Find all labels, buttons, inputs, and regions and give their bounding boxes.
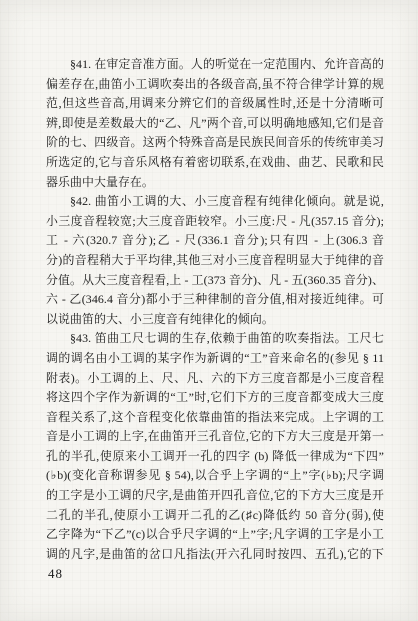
text-line: (♭b)(变化音称谓参见 § 54),以合乎上字调的“上”字(♭b);尺字调 xyxy=(46,466,384,486)
text-line: 附表)。小工调的上、尺、凡、六的下方三度音都是小三度音程关系, xyxy=(46,369,384,389)
text-line: 乙字降为“下乙”(c)以合乎尺字调的“上”字;凡字调的工字是小工 xyxy=(46,525,384,545)
text-line: 二孔的半孔,使原小工调开二孔的乙(♯c)降低约 50 音分(弱),使 xyxy=(46,506,384,526)
text-line: 工 - 六(320.7 音分);乙 - 尺(336.1 音分);只有四 - 上(… xyxy=(46,231,384,251)
text-line: 分值。从大三度音程看,上 - 工(373 音分)、凡 - 五(360.35 音分… xyxy=(46,271,384,291)
text-line: 孔的半孔,使原来小工调开一孔的四字 (b) 降低一律成为“下四” xyxy=(46,447,384,467)
text-line: 阶的七、四级音。这两个特殊音高是民族民间音乐的传统审美习惯 xyxy=(46,133,384,153)
text-line: 偏差存在,曲笛小工调吹奏出的各级音高,虽不符合律学计算的规 xyxy=(46,75,384,95)
text-line: 辨,即使是差数最大的“乙、凡”两个音,可以明确地感知,它们是音 xyxy=(46,114,384,134)
text-line: 将这四个字作为新调的“工”时,它们下方的三度音都变成大三度 xyxy=(46,388,384,408)
text-line: 音是小工调的上字,在曲笛开三孔音位,它的下方大三度是开第一 xyxy=(46,427,384,447)
text-line: 调的调名由小工调的某字作为新调的“工”音来命名的(参见 § 11 xyxy=(46,349,384,369)
body-text-block: §41. 在审定音准方面。人的听觉在一定范围内、允许音高的偏差存在,曲笛小工调吹… xyxy=(46,55,384,564)
text-line: 的工字是小工调的尺字,是曲笛开四孔音位,它的下方大三度是开 xyxy=(46,486,384,506)
text-line: 所选定的,它与音乐风格有着密切联系,在戏曲、曲艺、民歌和民间 xyxy=(46,153,384,173)
scanned-book-page: §41. 在审定音准方面。人的听觉在一定范围内、允许音高的偏差存在,曲笛小工调吹… xyxy=(0,0,418,621)
text-line: 器乐曲中大量存在。 xyxy=(46,173,384,193)
text-line: 调的凡字,是曲笛的岔口凡指法(开六孔同时按四、五孔),它的下 xyxy=(46,545,384,565)
text-line: §41. 在审定音准方面。人的听觉在一定范围内、允许音高的 xyxy=(46,55,384,75)
text-line: 音程关系了,这个音程变化依靠曲笛的指法来完成。上字调的工 xyxy=(46,408,384,428)
page-number: 48 xyxy=(48,566,63,582)
text-line: §42. 曲笛小工调的大、小三度音程有纯律化倾向。就是说, xyxy=(46,192,384,212)
text-line: 以说曲笛的大、小三度音有纯律化的倾向。 xyxy=(46,310,384,330)
text-line: 六 - 乙(346.4 音分)都小于三种律制的音分值,相对接近纯律。可 xyxy=(46,290,384,310)
text-line: 分)的音程稍大于平均律,其他三对小三度音程明显大于纯律的音 xyxy=(46,251,384,271)
text-line: 范,但这些音高,用调来分辨它们的音级属性时,还是十分清晰可 xyxy=(46,94,384,114)
text-line: §43. 笛曲工尺七调的生存,依赖于曲笛的吹奏指法。工尺七 xyxy=(46,329,384,349)
text-line: 小三度音程较宽;大三度音距较窄。小三度:尺 - 凡(357.15 音分); xyxy=(46,212,384,232)
